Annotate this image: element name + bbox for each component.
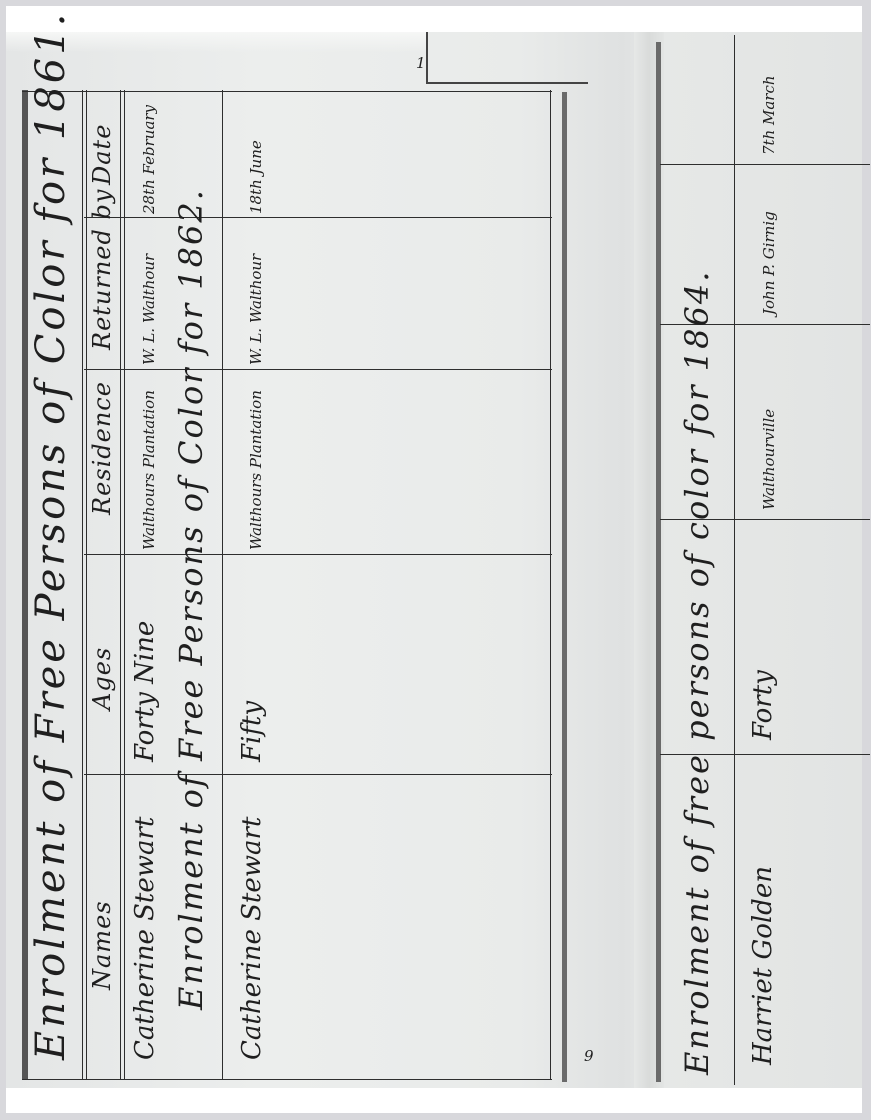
- column-header-ages: Ages: [88, 647, 116, 710]
- register-title-1862: Enrolment of Free Persons of Color for 1…: [172, 188, 210, 1010]
- entry-date: 7th March: [760, 75, 778, 155]
- entry-returned-by: John P. Girnig: [760, 211, 778, 315]
- left-page-edge: [562, 92, 567, 1082]
- entry-returned-by: W. L. Walthour: [140, 254, 158, 365]
- column-header-names: Names: [88, 900, 116, 990]
- entry-residence: Walthours Plantation: [140, 390, 158, 550]
- ledger-1864: Enrolment of free persons of color for 1…: [660, 35, 870, 1085]
- entry-date: 18th June: [247, 140, 265, 214]
- column-header-returned-by: Returned by: [88, 189, 116, 350]
- entry-name: Catherine Stewart: [130, 817, 160, 1060]
- column-header-date: Date: [88, 124, 116, 185]
- entry-name: Catherine Stewart: [237, 817, 267, 1060]
- page-tab-notch: 1: [426, 32, 588, 84]
- entry-residence: Walthours Plantation: [247, 390, 265, 550]
- entry-age: Forty Nine: [130, 621, 160, 762]
- entry-age: Fifty: [237, 701, 267, 762]
- register-title-1864: Enrolment of free persons of color for 1…: [678, 270, 716, 1075]
- margin-mark: 1: [416, 54, 426, 72]
- register-title-1861: Enrolment of Free Persons of Color for 1…: [28, 11, 74, 1060]
- entry-name: Harriet Golden: [748, 866, 778, 1065]
- left-page: Enrolment of Free Persons of Color for 1…: [22, 90, 552, 1080]
- entry-returned-by: W. L. Walthour: [247, 254, 265, 365]
- column-header-residence: Residence: [88, 381, 116, 515]
- entry-date: 28th February: [140, 105, 158, 214]
- entry-residence: Walthourville: [760, 409, 778, 510]
- right-page: Enrolment of free persons of color for 1…: [660, 35, 870, 1085]
- margin-mark: 9: [584, 1047, 594, 1065]
- ledger-1861: Enrolment of Free Persons of Color for 1…: [22, 90, 552, 1080]
- entry-age: Forty: [748, 670, 778, 740]
